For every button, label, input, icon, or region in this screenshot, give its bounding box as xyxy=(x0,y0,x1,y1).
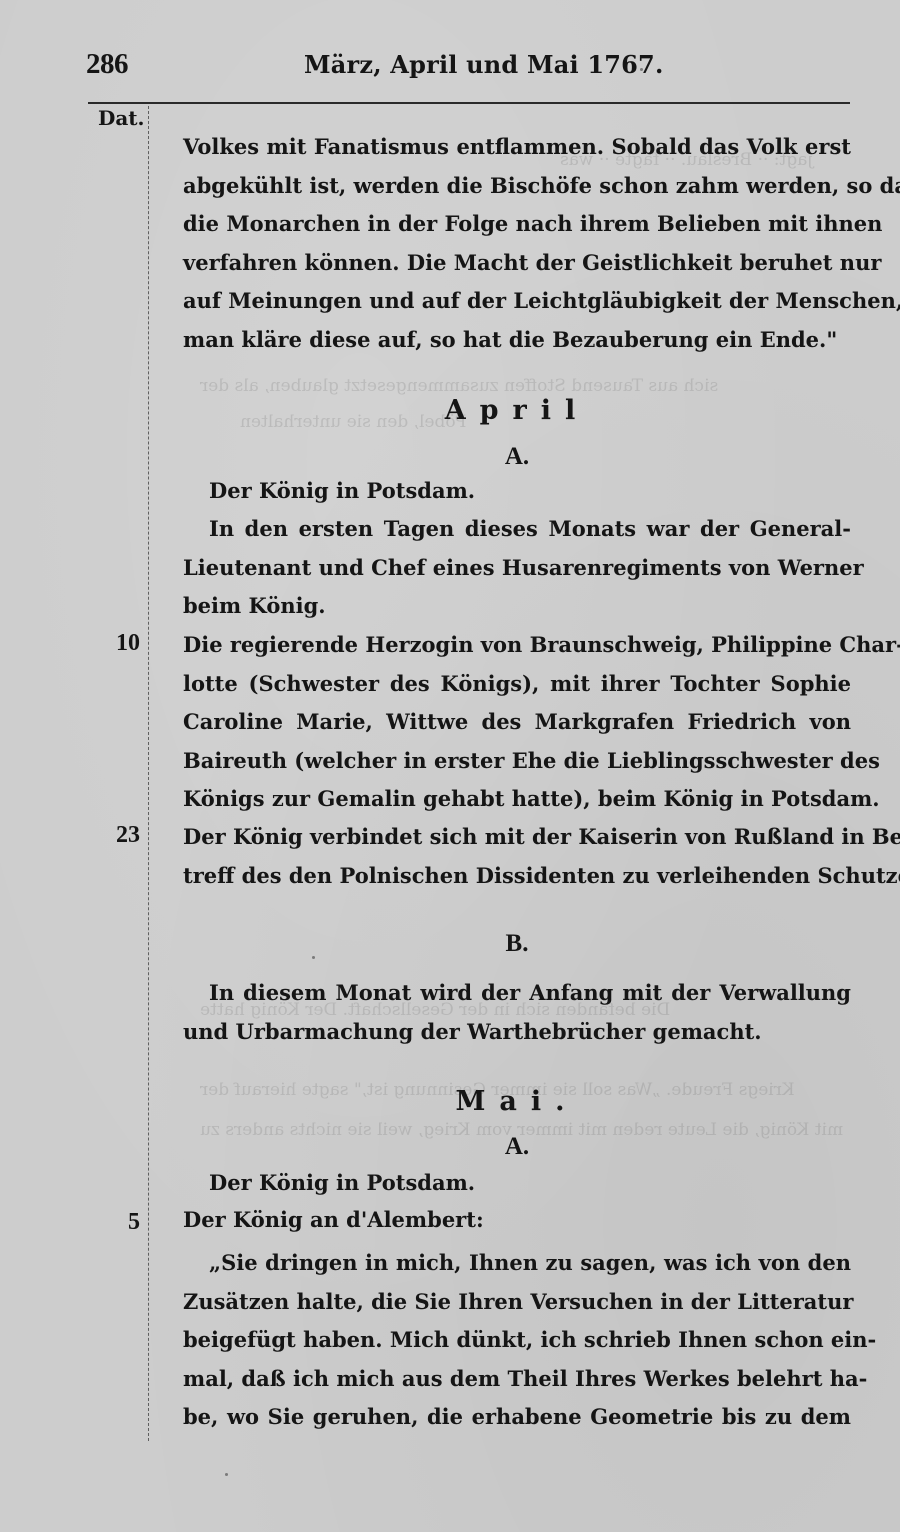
text-line: die Monarchen in der Folge nach ihrem Be… xyxy=(183,205,851,244)
text-line: Königs zur Gemalin gehabt hatte), beim K… xyxy=(183,780,851,819)
april-entry-10: Die regierende Herzogin von Braunschweig… xyxy=(183,626,851,819)
month-heading-mai: Mai. xyxy=(183,1086,851,1117)
running-head: 286 März, April und Mai 1767. xyxy=(86,48,856,88)
april-section-b-text: In diesem Monat wird der Anfang mit der … xyxy=(183,974,851,1051)
text-line: Caroline Marie, Wittwe des Markgrafen Fr… xyxy=(183,703,851,742)
text-line: man kläre diese auf, so hat die Bezauber… xyxy=(183,321,851,360)
paper-speck xyxy=(640,68,643,71)
book-page: jagt: ·· Breslau. ·· fagte ·· was sich a… xyxy=(0,0,900,1532)
text-line: be, wo Sie geruhen, die erhabene Geometr… xyxy=(183,1398,851,1437)
subheading-mai-location: Der König in Potsdam. xyxy=(209,1170,475,1195)
text-line: lotte (Schwester des Königs), mit ihrer … xyxy=(183,665,851,704)
text-line: verfahren können. Die Macht der Geistlic… xyxy=(183,244,851,283)
section-letter-mai-a: A. xyxy=(183,1133,851,1161)
text-line: In den ersten Tagen dieses Monats war de… xyxy=(183,510,851,549)
text-line: In diesem Monat wird der Anfang mit der … xyxy=(183,974,851,1013)
text-line: Lieutenant und Chef eines Husarenregimen… xyxy=(183,549,851,588)
text-line: treff des den Polnischen Dissidenten zu … xyxy=(183,857,851,896)
text-line: und Urbarmachung der Warthebrücher gemac… xyxy=(183,1013,851,1052)
date-number-10: 10 xyxy=(104,630,140,657)
subheading-april-location: Der König in Potsdam. xyxy=(209,478,475,503)
paper-speck xyxy=(225,1473,228,1476)
date-number-5: 5 xyxy=(104,1209,140,1236)
date-number-23: 23 xyxy=(104,822,140,849)
running-title: März, April und Mai 1767. xyxy=(304,50,664,79)
text-line: auf Meinungen und auf der Leichtgläubigk… xyxy=(183,282,851,321)
mai-entry-5-letter: „Sie dringen in mich, Ihnen zu sagen, wa… xyxy=(183,1244,851,1437)
text-line: Der König verbindet sich mit der Kaiseri… xyxy=(183,818,851,857)
text-line: beigefügt haben. Mich dünkt, ich schrieb… xyxy=(183,1321,851,1360)
text-line: beim König. xyxy=(183,587,851,626)
page-number: 286 xyxy=(86,48,128,81)
header-rule xyxy=(88,102,850,104)
intro-quote: Volkes mit Fanatismus entflammen. Sobald… xyxy=(183,128,851,359)
text-line: Die regierende Herzogin von Braunschweig… xyxy=(183,626,851,665)
section-letter-april-a: A. xyxy=(183,443,851,471)
text-line: mal, daß ich mich aus dem Theil Ihres We… xyxy=(183,1360,851,1399)
paper-speck xyxy=(312,956,315,959)
text-line: Volkes mit Fanatismus entflammen. Sobald… xyxy=(183,128,851,167)
letter-title: Der König an d'Alembert: xyxy=(183,1207,484,1232)
text-line: „Sie dringen in mich, Ihnen zu sagen, wa… xyxy=(183,1244,851,1283)
date-column-divider xyxy=(148,106,149,1441)
text-line: abgekühlt ist, werden die Bischöfe schon… xyxy=(183,167,851,206)
april-paragraph-1: In den ersten Tagen dieses Monats war de… xyxy=(183,510,851,626)
section-letter-april-b: B. xyxy=(183,930,851,958)
month-heading-april: April xyxy=(183,395,851,426)
april-entry-23: Der König verbindet sich mit der Kaiseri… xyxy=(183,818,851,895)
text-line: Baireuth (welcher in erster Ehe die Lieb… xyxy=(183,742,851,781)
text-line: Zusätzen halte, die Sie Ihren Versuchen … xyxy=(183,1283,851,1322)
bleed-through-text: sich aus Tausend Stoffen zusammengesetzt… xyxy=(200,376,718,396)
date-column-label: Dat. xyxy=(98,106,145,130)
